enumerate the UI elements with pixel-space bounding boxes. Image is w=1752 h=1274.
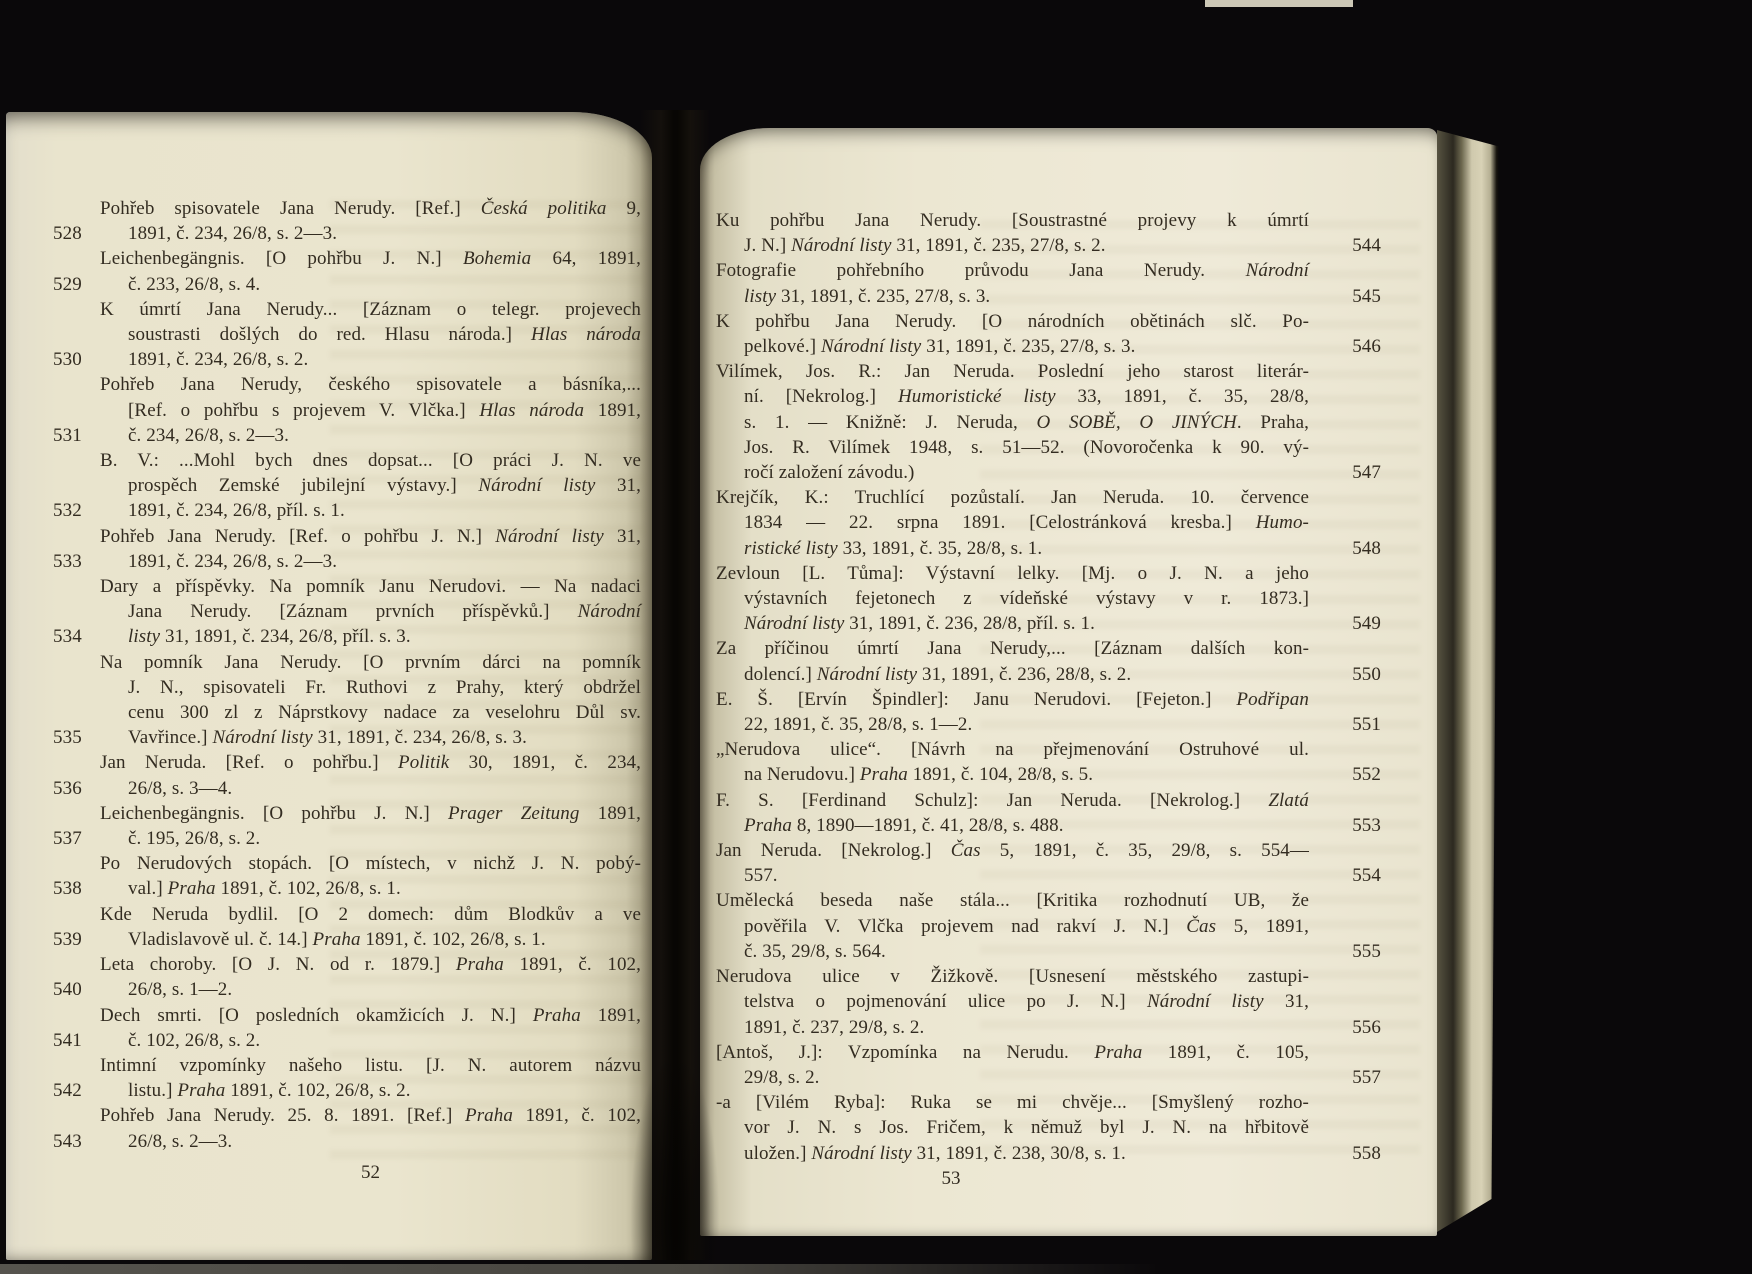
entry-line: vor J. N. s Jos. Fričem, k němuž byl J. … (744, 1115, 1309, 1140)
entry-line: Nerudova ulice v Žižkově. [Usnesení měst… (716, 964, 1309, 989)
entry-number: 543 (53, 1129, 82, 1154)
entry-line: J. N., spisovateli Fr. Ruthovi z Prahy, … (128, 675, 641, 700)
entry-line: „Nerudova ulice“. [Návrh na přejmenování… (716, 737, 1309, 762)
bibliography-entry-533: Pohřeb Jana Nerudy. [Ref. o pohřbu J. N.… (100, 524, 641, 574)
entry-line: Pohřeb Jana Nerudy. 25. 8. 1891. [Ref.] … (100, 1103, 641, 1128)
entry-line: Národní listy 31, 1891, č. 236, 28/8, př… (744, 611, 1309, 636)
entry-line: s. 1. — Knižně: J. Neruda, O SOBĚ, O JIN… (744, 410, 1309, 435)
entry-line: Kde Neruda bydlil. [O 2 domech: dům Blod… (100, 902, 641, 927)
entry-number: 541 (53, 1028, 82, 1053)
entry-line: Po Nerudových stopách. [O místech, v nic… (100, 851, 641, 876)
entry-number: 537 (53, 826, 82, 851)
entry-line: ročí založení závodu.)547 (744, 460, 1309, 485)
bibliography-entry-530: K úmrtí Jana Nerudy... [Záznam o telegr.… (100, 297, 641, 373)
entry-number: 553 (1352, 813, 1381, 838)
entry-number: 556 (1352, 1015, 1381, 1040)
bibliography-entry-538: Po Nerudových stopách. [O místech, v nic… (100, 851, 641, 901)
entry-line: F. S. [Ferdinand Schulz]: Jan Neruda. [N… (716, 788, 1309, 813)
entry-number: 538 (53, 876, 82, 901)
entry-line: Zevloun [L. Tůma]: Výstavní lelky. [Mj. … (716, 561, 1309, 586)
bibliography-entry-531: Pohřeb Jana Nerudy, českého spisovatele … (100, 372, 641, 448)
entry-number: 534 (53, 624, 82, 649)
bibliography-entry-551: E. Š. [Ervín Špindler]: Janu Nerudovi. [… (716, 687, 1309, 737)
entry-line: uložen.] Národní listy 31, 1891, č. 238,… (744, 1141, 1309, 1166)
entry-line: Pohřeb Jana Nerudy. [Ref. o pohřbu J. N.… (100, 524, 641, 549)
entry-number: 536 (53, 776, 82, 801)
entry-line: Dech smrti. [O posledních okamžicích J. … (100, 1003, 641, 1028)
entry-line: pelkové.] Národní listy 31, 1891, č. 235… (744, 334, 1309, 359)
entry-line: Leta choroby. [O J. N. od r. 1879.] Prah… (100, 952, 641, 977)
entry-number: 540 (53, 977, 82, 1002)
entry-number: 529 (53, 272, 82, 297)
entry-line: 26/8, s. 2—3.543 (128, 1129, 641, 1154)
entry-line: Za příčinou úmrtí Jana Nerudy,... [Zázna… (716, 636, 1309, 661)
bibliography-entry-540: Leta choroby. [O J. N. od r. 1879.] Prah… (100, 952, 641, 1002)
bibliography-entry-535: Na pomník Jana Nerudy. [O prvním dárci n… (100, 650, 641, 751)
entry-line: 1891, č. 234, 26/8, s. 2.530 (128, 347, 641, 372)
entry-line: Jan Neruda. [Nekrolog.] Čas 5, 1891, č. … (716, 838, 1309, 863)
bibliography-entry-534: Dary a příspěvky. Na pomník Janu Nerudov… (100, 574, 641, 650)
book-top-page-edge (1205, 0, 1353, 7)
entry-line: listy 31, 1891, č. 235, 27/8, s. 3.545 (744, 284, 1309, 309)
entry-line: K pohřbu Jana Nerudy. [O národních oběti… (716, 309, 1309, 334)
entry-line: telstva o pojmenování ulice po J. N.] Ná… (744, 989, 1309, 1014)
bibliography-entry-542: Intimní vzpomínky našeho listu. [J. N. a… (100, 1053, 641, 1103)
entry-line: č. 35, 29/8, s. 564.555 (744, 939, 1309, 964)
entry-line: Vavřince.] Národní listy 31, 1891, č. 23… (128, 725, 641, 750)
entry-line: J. N.] Národní listy 31, 1891, č. 235, 2… (744, 233, 1309, 258)
entry-line: 557.554 (744, 863, 1309, 888)
entry-line: ristické listy 33, 1891, č. 35, 28/8, s.… (744, 536, 1309, 561)
entry-line: val.] Praha 1891, č. 102, 26/8, s. 1.538 (128, 876, 641, 901)
bibliography-entry-543: Pohřeb Jana Nerudy. 25. 8. 1891. [Ref.] … (100, 1103, 641, 1153)
entry-line: ní. [Nekrolog.] Humoristické listy 33, 1… (744, 384, 1309, 409)
entry-line: Jana Nerudy. [Záznam prvních příspěvků.]… (128, 599, 641, 624)
page-number-right: 53 (716, 1168, 1186, 1190)
entry-line: -a [Vilém Ryba]: Ruka se mi chvěje... [S… (716, 1090, 1309, 1115)
entry-line: 26/8, s. 1—2.540 (128, 977, 641, 1002)
bibliography-entry-541: Dech smrti. [O posledních okamžicích J. … (100, 1003, 641, 1053)
book-photo-scene: Pohřeb spisovatele Jana Nerudy. [Ref.] Č… (0, 0, 1752, 1274)
bibliography-entry-528: Pohřeb spisovatele Jana Nerudy. [Ref.] Č… (100, 196, 641, 246)
entry-line: 1891, č. 234, 26/8, s. 2—3.528 (128, 221, 641, 246)
bibliography-entry-547: Vilímek, Jos. R.: Jan Neruda. Poslední j… (716, 359, 1309, 485)
entry-number: 555 (1352, 939, 1381, 964)
bibliography-entry-552: „Nerudova ulice“. [Návrh na přejmenování… (716, 737, 1309, 787)
bibliography-entry-539: Kde Neruda bydlil. [O 2 domech: dům Blod… (100, 902, 641, 952)
entry-number: 530 (53, 347, 82, 372)
right-page-text-column: Ku pohřbu Jana Nerudy. [Soustrastné proj… (716, 208, 1309, 1166)
entry-line: 29/8, s. 2.557 (744, 1065, 1309, 1090)
entry-number: 551 (1352, 712, 1381, 737)
entry-line: Leichenbegängnis. [O pohřbu J. N.] Prage… (100, 801, 641, 826)
entry-line: 1891, č. 234, 26/8, příl. s. 1.532 (128, 498, 641, 523)
entry-number: 542 (53, 1078, 82, 1103)
entry-number: 545 (1352, 284, 1381, 309)
entry-line: č. 195, 26/8, s. 2.537 (128, 826, 641, 851)
entry-line: Na pomník Jana Nerudy. [O prvním dárci n… (100, 650, 641, 675)
bibliography-entry-548: Krejčík, K.: Truchlící pozůstalí. Jan Ne… (716, 485, 1309, 561)
entry-line: prospěch Zemské jubilejní výstavy.] Náro… (128, 473, 641, 498)
entry-line: Jos. R. Vilímek 1948, s. 51—52. (Novoroč… (744, 435, 1309, 460)
bibliography-entry-550: Za příčinou úmrtí Jana Nerudy,... [Zázna… (716, 636, 1309, 686)
entry-line: č. 233, 26/8, s. 4.529 (128, 272, 641, 297)
book-fore-edge-pages (1437, 130, 1499, 1232)
entry-line: dolencí.] Národní listy 31, 1891, č. 236… (744, 662, 1309, 687)
bibliography-entry-529: Leichenbegängnis. [O pohřbu J. N.] Bohem… (100, 246, 641, 296)
entry-number: 549 (1352, 611, 1381, 636)
entry-line: č. 102, 26/8, s. 2.541 (128, 1028, 641, 1053)
entry-line: Fotografie pohřebního průvodu Jana Nerud… (716, 258, 1309, 283)
bibliography-entry-545: Fotografie pohřebního průvodu Jana Nerud… (716, 258, 1309, 308)
bibliography-entry-558: -a [Vilém Ryba]: Ruka se mi chvěje... [S… (716, 1090, 1309, 1166)
entry-line: Umělecká beseda naše stála... [Kritika r… (716, 888, 1309, 913)
entry-number: 550 (1352, 662, 1381, 687)
bibliography-entry-536: Jan Neruda. [Ref. o pohřbu.] Politik 30,… (100, 750, 641, 800)
bibliography-entry-537: Leichenbegängnis. [O pohřbu J. N.] Prage… (100, 801, 641, 851)
bibliography-entry-555: Umělecká beseda naše stála... [Kritika r… (716, 888, 1309, 964)
entry-line: výstavních fejetonech z vídeňské výstavy… (744, 586, 1309, 611)
entry-line: 1834 — 22. srpna 1891. [Celostránková kr… (744, 510, 1309, 535)
bibliography-entry-557: [Antoš, J.]: Vzpomínka na Nerudu. Praha … (716, 1040, 1309, 1090)
entry-line: Pohřeb spisovatele Jana Nerudy. [Ref.] Č… (100, 196, 641, 221)
entry-line: Vilímek, Jos. R.: Jan Neruda. Poslední j… (716, 359, 1309, 384)
entry-number: 548 (1352, 536, 1381, 561)
entry-line: listu.] Praha 1891, č. 102, 26/8, s. 2.5… (128, 1078, 641, 1103)
entry-line: 1891, č. 237, 29/8, s. 2.556 (744, 1015, 1309, 1040)
entry-number: 554 (1352, 863, 1381, 888)
bibliography-entry-553: F. S. [Ferdinand Schulz]: Jan Neruda. [N… (716, 788, 1309, 838)
entry-line: E. Š. [Ervín Špindler]: Janu Nerudovi. [… (716, 687, 1309, 712)
entry-number: 544 (1352, 233, 1381, 258)
entry-line: Ku pohřbu Jana Nerudy. [Soustrastné proj… (716, 208, 1309, 233)
entry-line: [Antoš, J.]: Vzpomínka na Nerudu. Praha … (716, 1040, 1309, 1065)
entry-line: pověřila V. Vlčka projevem nad rakví J. … (744, 914, 1309, 939)
bibliography-entry-554: Jan Neruda. [Nekrolog.] Čas 5, 1891, č. … (716, 838, 1309, 888)
bibliography-entry-544: Ku pohřbu Jana Nerudy. [Soustrastné proj… (716, 208, 1309, 258)
bibliography-entry-546: K pohřbu Jana Nerudy. [O národních oběti… (716, 309, 1309, 359)
entry-number: 552 (1352, 762, 1381, 787)
entry-line: Krejčík, K.: Truchlící pozůstalí. Jan Ne… (716, 485, 1309, 510)
bibliography-entry-549: Zevloun [L. Tůma]: Výstavní lelky. [Mj. … (716, 561, 1309, 637)
entry-number: 557 (1352, 1065, 1381, 1090)
entry-line: Vladislavově ul. č. 14.] Praha 1891, č. … (128, 927, 641, 952)
entry-number: 558 (1352, 1141, 1381, 1166)
entry-line: Intimní vzpomínky našeho listu. [J. N. a… (100, 1053, 641, 1078)
entry-number: 546 (1352, 334, 1381, 359)
bibliography-entry-556: Nerudova ulice v Žižkově. [Usnesení měst… (716, 964, 1309, 1040)
entry-line: Dary a příspěvky. Na pomník Janu Nerudov… (100, 574, 641, 599)
entry-number: 531 (53, 423, 82, 448)
entry-line: Praha 8, 1890—1891, č. 41, 28/8, s. 488.… (744, 813, 1309, 838)
entry-number: 547 (1352, 460, 1381, 485)
table-edge-highlight (0, 1264, 1160, 1274)
entry-number: 539 (53, 927, 82, 952)
entry-line: 22, 1891, č. 35, 28/8, s. 1—2.551 (744, 712, 1309, 737)
entry-line: č. 234, 26/8, s. 2—3.531 (128, 423, 641, 448)
entry-line: 1891, č. 234, 26/8, s. 2—3.533 (128, 549, 641, 574)
entry-line: na Nerudovu.] Praha 1891, č. 104, 28/8, … (744, 762, 1309, 787)
entry-line: soustrasti došlých do red. Hlasu národa.… (128, 322, 641, 347)
entry-line: Leichenbegängnis. [O pohřbu J. N.] Bohem… (100, 246, 641, 271)
entry-line: 26/8, s. 3—4.536 (128, 776, 641, 801)
entry-number: 533 (53, 549, 82, 574)
entry-line: Jan Neruda. [Ref. o pohřbu.] Politik 30,… (100, 750, 641, 775)
entry-number: 528 (53, 221, 82, 246)
entry-line: Pohřeb Jana Nerudy, českého spisovatele … (100, 372, 641, 397)
entry-line: K úmrtí Jana Nerudy... [Záznam o telegr.… (100, 297, 641, 322)
entry-number: 535 (53, 725, 82, 750)
entry-line: [Ref. o pohřbu s projevem V. Vlčka.] Hla… (128, 398, 641, 423)
book-gutter-shadow-bottom (630, 1050, 720, 1265)
bibliography-entry-532: B. V.: ...Mohl bych dnes dopsat... [O pr… (100, 448, 641, 524)
entry-line: listy 31, 1891, č. 234, 26/8, příl. s. 3… (128, 624, 641, 649)
entry-line: cenu 300 zl z Náprstkovy nadace za vesel… (128, 700, 641, 725)
page-number-left: 52 (100, 1162, 641, 1184)
entry-number: 532 (53, 498, 82, 523)
left-page-text-column: Pohřeb spisovatele Jana Nerudy. [Ref.] Č… (100, 196, 641, 1154)
entry-line: B. V.: ...Mohl bych dnes dopsat... [O pr… (100, 448, 641, 473)
